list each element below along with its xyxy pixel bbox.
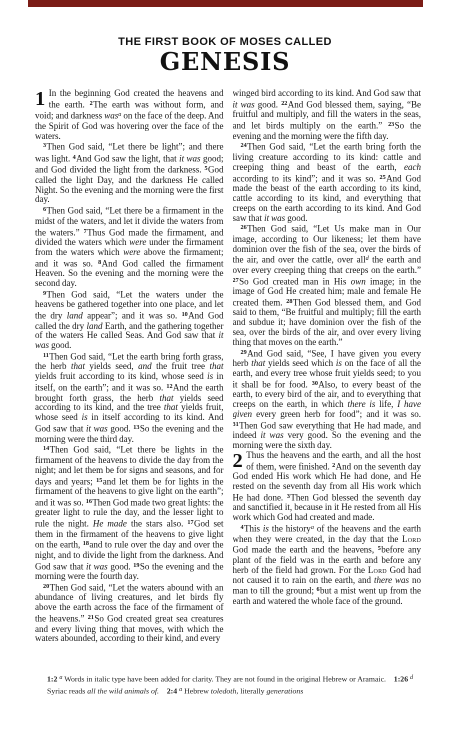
- paragraph: 6Then God said, “Let there be a firmamen…: [35, 205, 224, 289]
- footnotes: 1:2 a Words in italic type have been add…: [47, 673, 421, 698]
- paragraph: 3Then God said, “Let there be light”; an…: [35, 141, 224, 205]
- chapter-number: 2: [233, 453, 243, 470]
- red-top-bar: [28, 0, 423, 7]
- scripture-text-block: 1In the beginning God created the heaven…: [35, 89, 421, 667]
- paragraph: 1:2 a Words in italic type have been add…: [47, 673, 421, 698]
- paragraph: 20Then God said, “Let the waters abound …: [35, 582, 224, 644]
- right-column: winged bird according to its kind. And G…: [233, 89, 422, 667]
- book-title: GENESIS: [0, 47, 450, 76]
- paragraph: 24Then God said, “Let the earth bring fo…: [233, 141, 422, 223]
- paragraph: 4This is the historya of the heavens and…: [233, 523, 422, 607]
- paragraph: winged bird according to its kind. And G…: [233, 89, 422, 141]
- paragraph: 11Then God said, “Let the earth bring fo…: [35, 351, 224, 444]
- chapter-paragraph: 2Thus the heavens and the earth, and all…: [233, 451, 422, 523]
- paragraph: 26Then God said, “Let Us make man in Our…: [233, 223, 422, 348]
- chapter-number: 1: [35, 91, 45, 108]
- paragraph: 29And God said, “See, I have given you e…: [233, 348, 422, 451]
- paragraph: 9Then God said, “Let the waters under th…: [35, 289, 224, 351]
- paragraph: 14Then God said, “Let there be lights in…: [35, 444, 224, 582]
- chapter-paragraph: 1In the beginning God created the heaven…: [35, 89, 224, 141]
- bible-page: { "colors": { "top_bar": "#7B1D16", "pag…: [0, 0, 450, 730]
- left-column: 1In the beginning God created the heaven…: [35, 89, 224, 667]
